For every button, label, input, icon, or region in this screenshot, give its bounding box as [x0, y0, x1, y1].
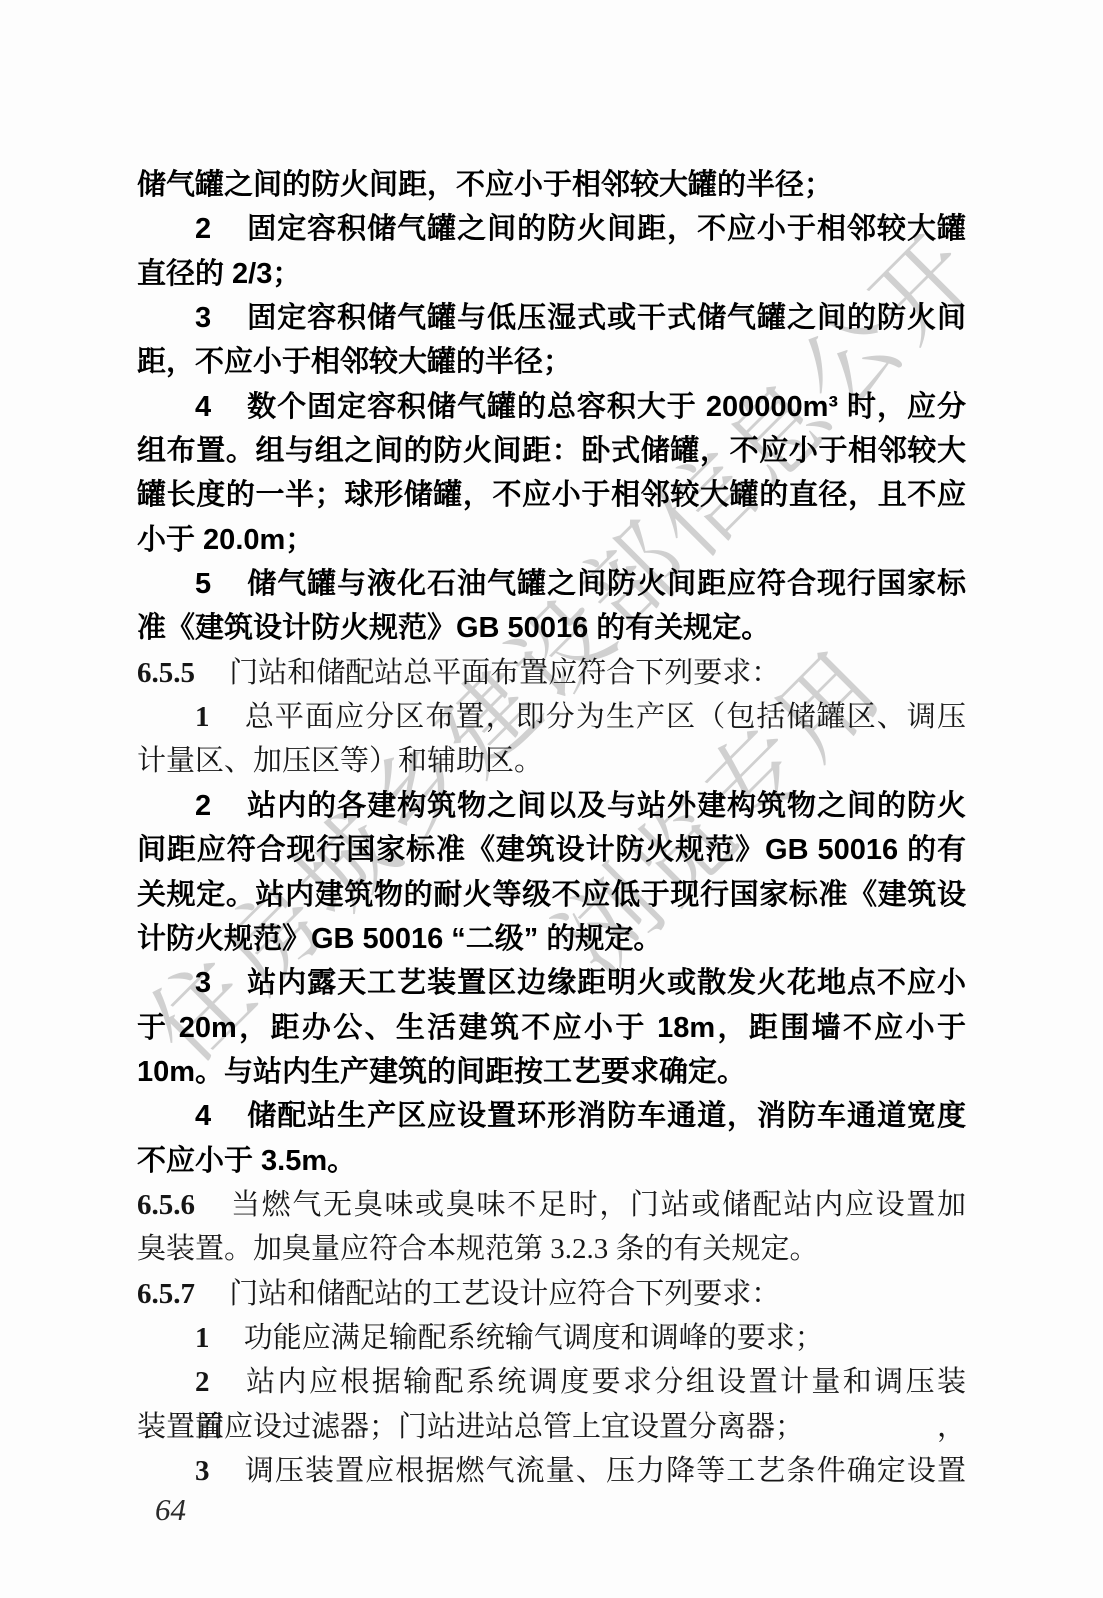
text-line: 储气罐之间的防火间距，不应小于相邻较大罐的半径；: [137, 163, 966, 207]
line-text: 固定容积储气罐之间的防火间距，不应小于相邻较大罐: [247, 213, 966, 245]
line-text: 10m。与站内生产建筑的间距按工艺要求确定。: [137, 1056, 746, 1088]
text-line: 间距应符合现行国家标准《建筑设计防火规范》GB 50016 的有: [137, 828, 966, 872]
text-line: 于 20m，距办公、生活建筑不应小于 18m，距围墙不应小于: [137, 1006, 966, 1050]
line-text: 不应小于 3.5m。: [137, 1145, 356, 1177]
text-line: 6.5.6 当燃气无臭味或臭味不足时，门站或储配站内应设置加: [137, 1183, 966, 1227]
clause-number: 2: [195, 1366, 210, 1398]
line-text: 当燃气无臭味或臭味不足时，门站或储配站内应设置加: [231, 1189, 966, 1221]
body-text: 储气罐之间的防火间距，不应小于相邻较大罐的半径； 2 固定容积储气罐之间的防火间…: [137, 163, 966, 1493]
text-line: 罐长度的一半；球形储罐，不应小于相邻较大罐的直径，且不应: [137, 473, 966, 517]
text-line: 6.5.7 门站和储配站的工艺设计应符合下列要求：: [137, 1272, 966, 1316]
text-line: 3 调压装置应根据燃气流量、压力降等工艺条件确定设置: [137, 1449, 966, 1493]
line-text: 直径的 2/3；: [137, 258, 301, 290]
text-line: 4 数个固定容积储气罐的总容积大于 200000m³ 时，应分: [137, 385, 966, 429]
text-line: 不应小于 3.5m。: [137, 1139, 966, 1183]
line-text: 固定容积储气罐与低压湿式或干式储气罐之间的防火间: [247, 302, 966, 334]
text-line: 5 储气罐与液化石油气罐之间防火间距应符合现行国家标: [137, 562, 966, 606]
text-line: 1 总平面应分区布置，即分为生产区（包括储罐区、调压: [137, 695, 966, 739]
line-text: 站内的各建构筑物之间以及与站外建构筑物之间的防火: [247, 790, 966, 822]
line-text: 功能应满足输配系统输气调度和调峰的要求；: [244, 1322, 824, 1354]
clause-number: 1: [195, 701, 210, 733]
line-text: 门站和储配站的工艺设计应符合下列要求：: [229, 1278, 780, 1310]
clause-number: 4: [195, 1100, 211, 1132]
clause-number: 6.5.6: [137, 1189, 195, 1221]
line-text: 臭装置。加臭量应符合本规范第 3.2.3 条的有关规定。: [137, 1233, 819, 1265]
text-line: 4 储配站生产区应设置环形消防车通道，消防车通道宽度: [137, 1094, 966, 1138]
clause-number: 6.5.7: [137, 1278, 195, 1310]
text-line: 1 功能应满足输配系统输气调度和调峰的要求；: [137, 1316, 966, 1360]
line-text: 间距应符合现行国家标准《建筑设计防火规范》GB 50016 的有: [137, 834, 966, 866]
line-text: 组布置。组与组之间的防火间距：卧式储罐，不应小于相邻较大: [137, 435, 966, 467]
text-line: 臭装置。加臭量应符合本规范第 3.2.3 条的有关规定。: [137, 1227, 966, 1271]
line-text: 计防火规范》GB 50016 “二级” 的规定。: [137, 923, 662, 955]
line-text: 罐长度的一半；球形储罐，不应小于相邻较大罐的直径，且不应: [137, 479, 966, 511]
line-text: 小于 20.0m；: [137, 524, 314, 556]
text-line: 2 站内应根据输配系统调度要求分组设置计量和调压装置，: [137, 1360, 966, 1404]
text-line: 直径的 2/3；: [137, 252, 966, 296]
line-text: 准《建筑设计防火规范》GB 50016 的有关规定。: [137, 612, 770, 644]
text-line: 计防火规范》GB 50016 “二级” 的规定。: [137, 917, 966, 961]
text-line: 小于 20.0m；: [137, 518, 966, 562]
line-text: 门站和储配站总平面布置应符合下列要求：: [229, 657, 780, 689]
clause-number: 2: [195, 213, 211, 245]
line-text: 装置前应设过滤器；门站进站总管上宜设置分离器；: [137, 1411, 804, 1443]
clause-number: 3: [195, 302, 211, 334]
line-text: 数个固定容积储气罐的总容积大于 200000m³ 时，应分: [247, 391, 966, 423]
line-text: 总平面应分区布置，即分为生产区（包括储罐区、调压: [245, 701, 966, 733]
text-line: 2 固定容积储气罐之间的防火间距，不应小于相邻较大罐: [137, 207, 966, 251]
line-text: 于 20m，距办公、生活建筑不应小于 18m，距围墙不应小于: [137, 1012, 966, 1044]
text-line: 计量区、加压区等）和辅助区。: [137, 739, 966, 783]
line-text: 站内露天工艺装置区边缘距明火或散发火花地点不应小: [247, 967, 966, 999]
clause-number: 3: [195, 1455, 210, 1487]
text-line: 10m。与站内生产建筑的间距按工艺要求确定。: [137, 1050, 966, 1094]
line-text: 储气罐与液化石油气罐之间防火间距应符合现行国家标: [247, 568, 966, 600]
text-line: 组布置。组与组之间的防火间距：卧式储罐，不应小于相邻较大: [137, 429, 966, 473]
text-line: 2 站内的各建构筑物之间以及与站外建构筑物之间的防火: [137, 784, 966, 828]
page-number: 64: [155, 1492, 186, 1528]
line-text: 距，不应小于相邻较大罐的半径；: [137, 346, 572, 378]
clause-number: 2: [195, 790, 211, 822]
text-line: 准《建筑设计防火规范》GB 50016 的有关规定。: [137, 606, 966, 650]
text-line: 3 固定容积储气罐与低压湿式或干式储气罐之间的防火间: [137, 296, 966, 340]
clause-number: 5: [195, 568, 211, 600]
text-line: 6.5.5 门站和储配站总平面布置应符合下列要求：: [137, 651, 966, 695]
text-line: 关规定。站内建筑物的耐火等级不应低于现行国家标准《建筑设: [137, 873, 966, 917]
clause-number: 4: [195, 391, 211, 423]
clause-number: 3: [195, 967, 211, 999]
line-text: 调压装置应根据燃气流量、压力降等工艺条件确定设置: [245, 1455, 966, 1487]
text-line: 3 站内露天工艺装置区边缘距明火或散发火花地点不应小: [137, 961, 966, 1005]
line-text: 储配站生产区应设置环形消防车通道，消防车通道宽度: [247, 1100, 966, 1132]
clause-number: 6.5.5: [137, 657, 195, 689]
text-line: 距，不应小于相邻较大罐的半径；: [137, 340, 966, 384]
line-text: 计量区、加压区等）和辅助区。: [137, 745, 543, 777]
line-text: 关规定。站内建筑物的耐火等级不应低于现行国家标准《建筑设: [137, 879, 966, 911]
clause-number: 1: [195, 1322, 210, 1354]
line-text: 储气罐之间的防火间距，不应小于相邻较大罐的半径；: [137, 169, 833, 201]
document-page: 住房城乡建设部信息公开 浏览专用 储气罐之间的防火间距，不应小于相邻较大罐的半径…: [0, 0, 1103, 1598]
